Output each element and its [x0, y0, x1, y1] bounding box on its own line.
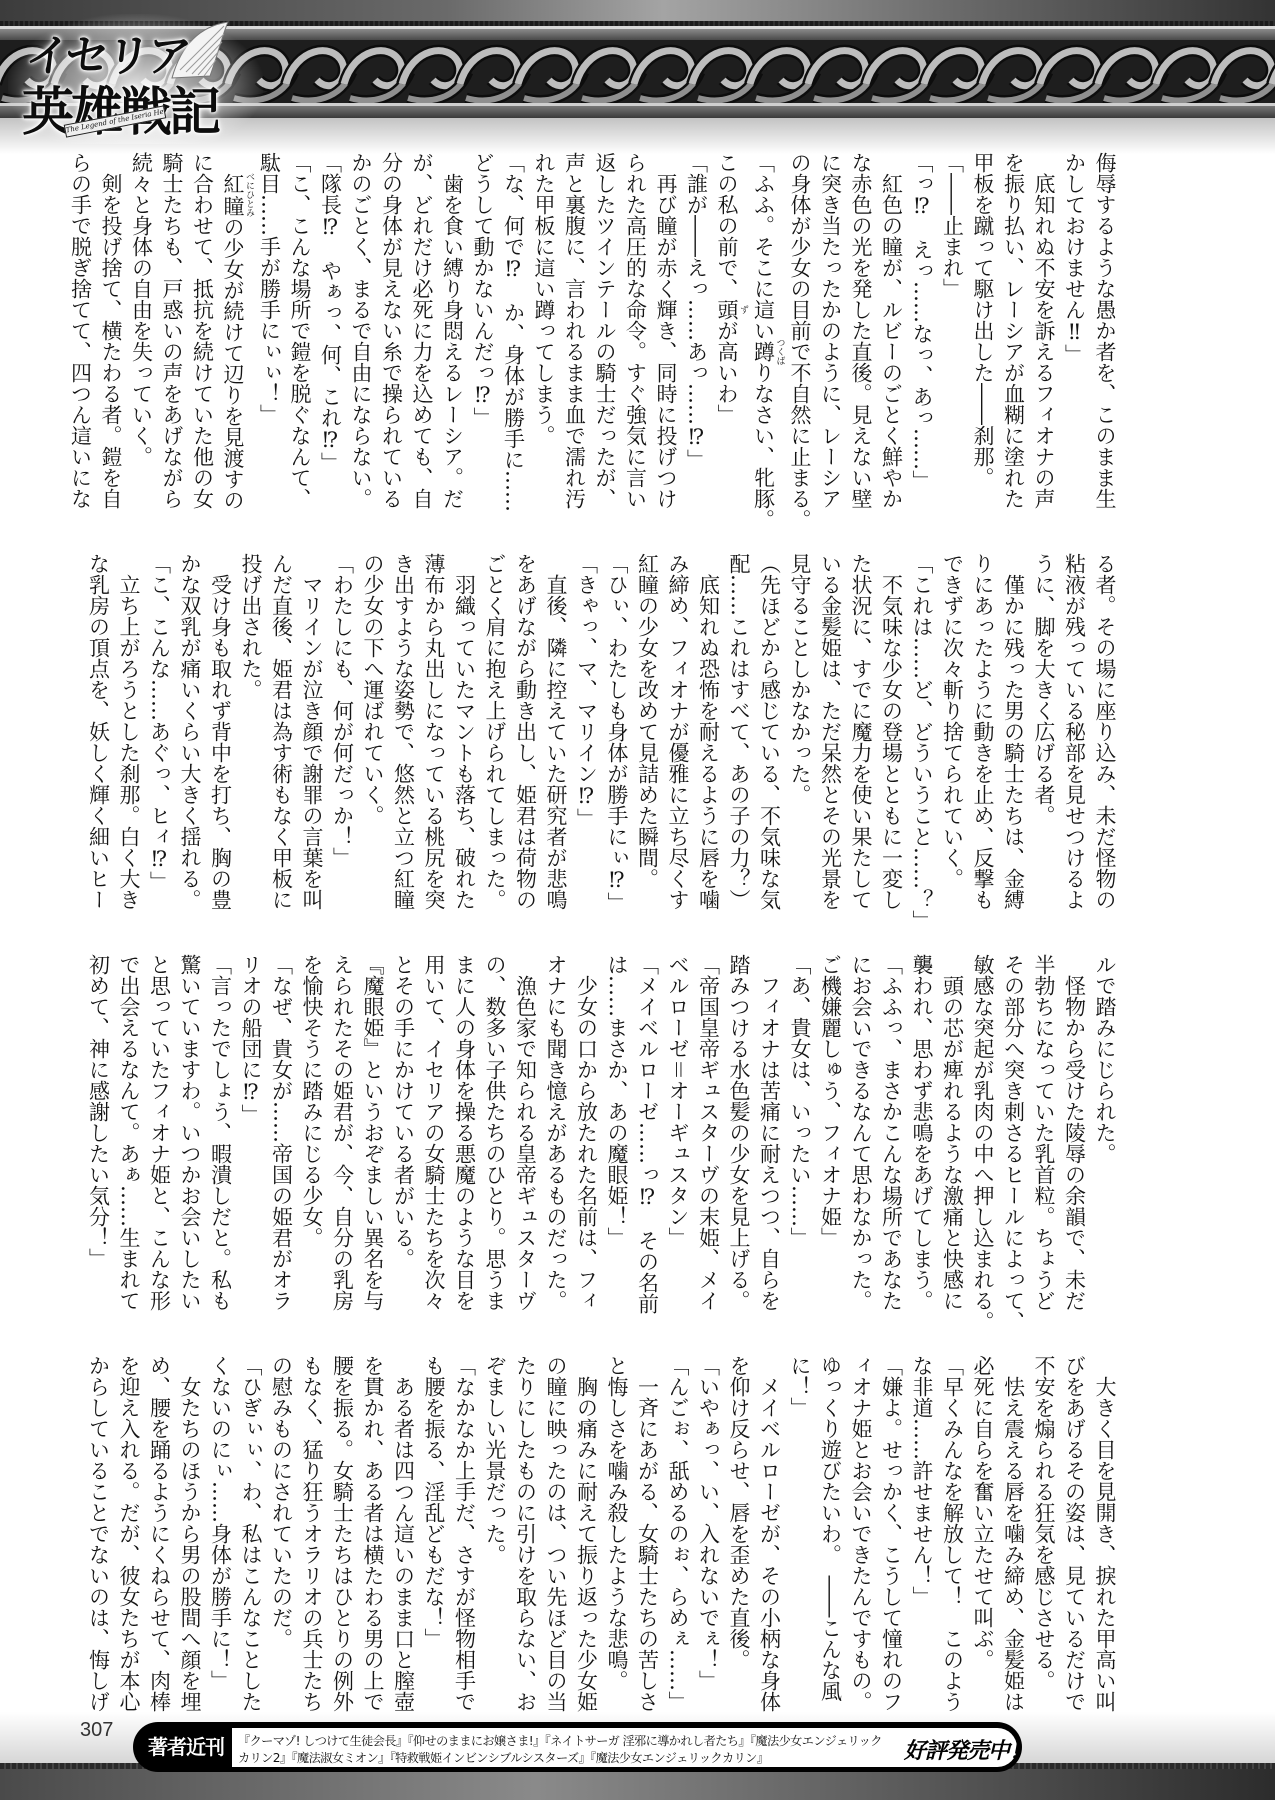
- text-tier-2: る者。その場に座り込み、未だ怪物の 粘液が残っている秘部を見せつけるよ うに、脚…: [80, 553, 1120, 913]
- text-column: メイベルローゼが、その小柄な身体: [754, 1355, 785, 1715]
- text-column: 紅瞳の少女を改めて見詰めた瞬間。: [632, 553, 663, 913]
- text-column: 「ひぎぃぃ、わ、私はこんなことした: [236, 1355, 267, 1715]
- text-column: 腰を振る。女騎士たちはひとりの例外: [327, 1355, 358, 1715]
- text-column: 歯を食い縛り身悶えるレーシア。だ: [437, 152, 468, 512]
- text-column: 初めて、神に感謝したい気分！」: [83, 954, 114, 1314]
- text-column: も腰を振る、淫乱どもだな！」: [419, 1355, 450, 1715]
- text-column: に合わせて、抵抗を続けていた他の女: [187, 152, 218, 512]
- text-column: 底知れぬ恐怖を耐えるように唇を噛: [693, 553, 724, 913]
- recent-works-box: 『クーマゾ! しつけて生徒会長』『仰せのままにお嬢さま!』『ネイトサーガ 淫邪に…: [232, 1728, 1017, 1767]
- column-text: この私の前で、: [715, 152, 739, 299]
- ruby-base: 紅瞳: [221, 172, 245, 217]
- text-column: 必死に自らを奮い立たせて叫ぶ。: [968, 1355, 999, 1715]
- text-tier-3: ルで踏みにじられた。 怪物から受けた陵辱の余韻で、未だ 半勃ちになっていた乳首粒…: [80, 954, 1120, 1314]
- text-column: 分の身体が見えない糸で操られている: [376, 152, 407, 512]
- ruby-reading: べにひとみ: [244, 172, 254, 217]
- text-column: 「っ⁉ えっ……なっ、あっ……」: [907, 152, 938, 512]
- text-column: ィオナ姫とお会いできたんですもの。: [846, 1355, 877, 1715]
- text-column: 少女の口から放たれた名前は、フィ: [571, 954, 602, 1314]
- text-column: に！」: [785, 1355, 816, 1715]
- text-column: な乳房の頂点を、妖しく輝く細いヒー: [83, 553, 114, 913]
- text-column: りにあったように動きを止め、反撃も: [968, 553, 999, 913]
- ruby-annotation: 蹲つくば: [752, 341, 776, 362]
- text-column: 大きく目を見開き、捩れた甲高い叫: [1090, 1355, 1121, 1715]
- page-number: 307: [80, 1719, 113, 1742]
- text-column: は……まさか、あの魔眼姫！」: [602, 954, 633, 1314]
- text-column: 「ふふっ、まさかこんな場所であなた: [876, 954, 907, 1314]
- text-column: （先ほどから感じている、不気味な気: [754, 553, 785, 913]
- ruby-base: 頭: [715, 299, 739, 320]
- text-column: 不安を煽られる狂気を感じさせる。: [1029, 1355, 1060, 1715]
- text-column: な非道……許せません！」: [907, 1355, 938, 1715]
- text-column: 「誰が――えっ……あっ……⁉」: [681, 152, 712, 512]
- text-column: かな双乳が痛いくらい大きく揺れる。: [175, 553, 206, 913]
- text-column: 底知れぬ不安を訴えるフィオナの声: [1029, 152, 1060, 512]
- text-column: の瞳に映ったのは、つい先ほど目の当: [541, 1355, 572, 1715]
- text-column: み締め、フィオナが優雅に立ち尽くす: [663, 553, 694, 913]
- text-column: 続々と身体の自由を失っていく。: [126, 152, 157, 512]
- text-column: 見守ることしかなかった。: [785, 553, 816, 913]
- text-column: 投げ出された。: [236, 553, 267, 913]
- text-column: マリインが泣き顔で謝罪の言葉を叫: [297, 553, 328, 913]
- text-column: かのごとく、まるで自由にならない。: [346, 152, 377, 512]
- text-column: 立ち上がろうとした刹那。白く大き: [114, 553, 145, 913]
- text-column: リオの船団に⁉」: [236, 954, 267, 1314]
- text-column: の少女の下へ運ばれていく。: [358, 553, 389, 913]
- column-text: りなさい、牝豚。: [752, 362, 776, 530]
- text-column: えられたその姫君が、今、自分の乳房: [327, 954, 358, 1314]
- text-column: 「んごぉ、舐めるのぉ、らめぇ……」: [663, 1355, 694, 1715]
- text-column: 女たちのほうから男の股間へ顔を埋: [175, 1355, 206, 1715]
- text-column: な赤色の光を発した直後。見えない壁: [846, 152, 877, 512]
- recent-works-list: 『クーマゾ! しつけて生徒会長』『仰せのままにお嬢さま!』『ネイトサーガ 淫邪に…: [238, 1733, 898, 1767]
- text-column: フィオナは苦痛に耐えつつ、自らを: [754, 954, 785, 1314]
- text-column: くないのにぃ……身体が勝手に！」: [205, 1355, 236, 1715]
- text-column: いる金髪姫は、ただ呆然とその光景を: [815, 553, 846, 913]
- text-column: 「ひぃ、わたしも身体が勝手にぃ⁉」: [602, 553, 633, 913]
- text-column: れた甲板に這い蹲ってしまう。: [529, 152, 560, 512]
- text-column: 再び瞳が赤く輝き、同時に投げつけ: [651, 152, 682, 512]
- text-column: 声と裏腹に、言われるまま血で濡れ汚: [559, 152, 590, 512]
- text-column: 僅かに残った男の騎士たちは、金縛: [998, 553, 1029, 913]
- ruby-reading: つくば: [775, 338, 785, 365]
- text-column: 敏感な突起が乳肉の中へ押し込まれる。: [968, 954, 999, 1314]
- text-column: に突き当たったかのように、レーシア: [815, 152, 846, 512]
- recent-works-line: 『クーマゾ! しつけて生徒会長』『仰せのままにお嬢さま!』『ネイトサーガ 淫邪に…: [238, 1733, 898, 1750]
- ruby-annotation: 紅瞳べにひとみ: [221, 173, 245, 217]
- text-column: たりにしたものに引けを取らない、お: [510, 1355, 541, 1715]
- text-column: の慰みものにされていたのだ。: [266, 1355, 297, 1715]
- text-column: 「きゃっ、マ、マリイン⁉」: [571, 553, 602, 913]
- text-column: 駄目……手が勝手にぃぃ！」: [254, 152, 285, 512]
- text-column: もなく、猛り狂うオラリオの兵士たち: [297, 1355, 328, 1715]
- column-text: [221, 152, 245, 173]
- text-column: 「いやぁっ、い、入れないでぇ！」: [693, 1355, 724, 1715]
- text-column: 「わたしにも、何が何だっか！」: [327, 553, 358, 913]
- text-column: ベルローゼ＝オーギュスタン」: [663, 954, 694, 1314]
- text-column: と悔しさを噛み殺したような悲鳴。: [602, 1355, 633, 1715]
- text-column: 『魔眼姫』というおぞましい異名を与: [358, 954, 389, 1314]
- text-column: め、腰を踊るようにくねらせて、肉棒: [144, 1355, 175, 1715]
- text-column: 漁色家で知られる皇帝ギュスターヴ: [510, 954, 541, 1314]
- logo-title-line2: 英雄戦記: [22, 70, 218, 145]
- ruby-annotation: 頭ず: [715, 299, 739, 320]
- text-column: ぞましい光景だった。: [480, 1355, 511, 1715]
- text-column: かしておけません‼」: [1059, 152, 1090, 512]
- text-column: た状況に、すでに魔力を使い果たして: [846, 553, 877, 913]
- text-column: 驚いていますわ。いつかお会いしたい: [175, 954, 206, 1314]
- text-column: 不気味な少女の登場とともに一変し: [876, 553, 907, 913]
- text-column: 返したツインテールの騎士だったが、: [590, 152, 621, 512]
- text-column: を仰け反らせ、唇を歪めた直後。: [724, 1355, 755, 1715]
- text-column: 剣を投げ捨て、横たわる者。鎧を自: [96, 152, 127, 512]
- text-column: ゆっくり遊びたいわ。 ――こんな風: [815, 1355, 846, 1715]
- text-column: 「これは……ど、どういうこと……？」: [907, 553, 938, 913]
- text-column: 用いて、イセリアの女騎士たちを次々: [419, 954, 450, 1314]
- text-column: 直後、隣に控えていた研究者が悲鳴: [541, 553, 572, 913]
- text-column: この私の前で、頭ずが高いわ」: [712, 152, 749, 512]
- text-column: 怪物から受けた陵辱の余韻で、未だ: [1059, 954, 1090, 1314]
- text-column: が、どれだけ必死に力を込めても、自: [407, 152, 438, 512]
- text-column: うに、脚を大きく広げる者。: [1029, 553, 1060, 913]
- text-column: と思っていたフィオナ姫と、こんな形: [144, 954, 175, 1314]
- text-column: からしていることでないのは、悔しげ: [83, 1355, 114, 1715]
- text-column: を迎え入れる。だが、彼女たちが本心: [114, 1355, 145, 1715]
- text-column: る者。その場に座り込み、未だ怪物の: [1090, 553, 1121, 913]
- text-column: き出すような姿勢で、悠然と立つ紅瞳: [388, 553, 419, 913]
- on-sale-tagline: 好評発売中！: [904, 1734, 1030, 1765]
- text-column: 「あ、貴女は、いったい……」: [785, 954, 816, 1314]
- text-column: 「な、何で⁉ か、身体が勝手に……: [498, 152, 529, 512]
- text-column: 羽織っていたマントも落ち、破れた: [449, 553, 480, 913]
- text-column: 受け身も取れず背中を打ち、胸の豊: [205, 553, 236, 913]
- text-column: 薄布から丸出しになっている桃尻を突: [419, 553, 450, 913]
- text-column: 「嫌よ。せっかく、こうして憧れのフ: [876, 1355, 907, 1715]
- text-column: 頭の芯が痺れるような激痛と快感に: [937, 954, 968, 1314]
- text-column: 配……これはすべて、あの子の力？）: [724, 553, 755, 913]
- text-column: を貫かれ、ある者は横たわる男の上で: [358, 1355, 389, 1715]
- text-column: その部分へ突き刺さるヒールによって、: [998, 954, 1029, 1314]
- text-column: 一斉にあがる、女騎士たちの苦しさ: [632, 1355, 663, 1715]
- text-column: ある者は四つん這いのまま口と膣壺: [388, 1355, 419, 1715]
- text-column: オナにも聞き憶えがあるものだった。: [541, 954, 572, 1314]
- text-column: 襲われ、思わず悲鳴をあげてしまう。: [907, 954, 938, 1314]
- recent-works-line: カリン2』『魔法淑女ミオン』『特救戦姫インビンシブルシスターズ』『魔法少女エンジ…: [238, 1750, 898, 1767]
- text-column: 半勃ちになっていた乳首粒。ちょうど: [1029, 954, 1060, 1314]
- text-column: で出会えるなんて。あぁ……生まれて: [114, 954, 145, 1314]
- text-column: 騎士たちも、戸惑いの声をあげながら: [157, 152, 188, 512]
- text-column: まに人の身体を操る悪魔のような目を: [449, 954, 480, 1314]
- text-column: を愉快そうに踏みにじる少女。: [297, 954, 328, 1314]
- text-column: とその手にかけている者がいる。: [388, 954, 419, 1314]
- text-column: ごとく肩に抱え上げられてしまった。: [480, 553, 511, 913]
- text-column: を振り払い、レーシアが血糊に塗れた: [998, 152, 1029, 512]
- text-column: 「こ、こんな……あぐっ、ヒィ⁉」: [144, 553, 175, 913]
- text-column: 「なぜ、貴女が……帝国の姫君がオラ: [266, 954, 297, 1314]
- text-tier-1: 侮辱するような愚か者を、このまま生 かしておけません‼」 底知れぬ不安を訴えるフ…: [80, 152, 1120, 512]
- text-column: 「――止まれ」: [937, 152, 968, 512]
- series-logo: イセリア 英雄戦記 The Legend of the Iseria Hero: [8, 14, 263, 144]
- text-column: どうして動かないんだっ⁉」: [468, 152, 499, 512]
- column-text: 「ふふ。そこに這い: [752, 152, 776, 341]
- text-column: ご機嫌麗しゅう、フィオナ姫」: [815, 954, 846, 1314]
- recent-works-banner: 著者近刊 『クーマゾ! しつけて生徒会長』『仰せのままにお嬢さま!』『ネイトサー…: [133, 1722, 1022, 1772]
- text-column: 「早くみんなを解放して！ このよう: [937, 1355, 968, 1715]
- text-column: 紅瞳べにひとみの少女が続けて辺りを見渡すの: [218, 152, 255, 512]
- text-column: の身体が少女の目前で不自然に止まる。: [785, 152, 816, 512]
- text-column: にお会いできるなんて思わなかった。: [846, 954, 877, 1314]
- text-column: 胸の痛みに耐えて振り返った少女姫: [571, 1355, 602, 1715]
- text-column: 「メイベルローゼ……っ⁉ その名前: [632, 954, 663, 1314]
- text-column: ルで踏みにじられた。: [1090, 954, 1121, 1314]
- text-column: 甲板を蹴って駆け出した――刹那。: [968, 152, 999, 512]
- ruby-base: 蹲: [752, 338, 776, 365]
- text-column: 紅色の瞳が、ルビーのごとく鮮やか: [876, 152, 907, 512]
- text-column: をあげながら動き出し、姫君は荷物の: [510, 553, 541, 913]
- text-column: 侮辱するような愚か者を、このまま生: [1090, 152, 1121, 512]
- text-column: 「帝国皇帝ギュスターヴの末姫、メイ: [693, 954, 724, 1314]
- text-column: 怯え震える唇を噛み締め、金髪姫は: [998, 1355, 1029, 1715]
- column-text: の少女が続けて辺りを見渡すの: [221, 217, 245, 511]
- column-text: が高いわ」: [715, 320, 739, 425]
- text-column: らの手で脱ぎ捨てて、四つん這いにな: [65, 152, 96, 512]
- recent-works-label: 著者近刊: [148, 1722, 224, 1772]
- text-column: 粘液が残っている秘部を見せつけるよ: [1059, 553, 1090, 913]
- text-column: 「ふふ。そこに這い蹲つくばりなさい、牝豚。: [748, 152, 785, 512]
- text-column: 「なかなか上手だ、さすが怪物相手で: [449, 1355, 480, 1715]
- text-column: られた高圧的な命令。すぐ強気に言い: [620, 152, 651, 512]
- footer-base-strip: [0, 1769, 1275, 1800]
- text-column: 「隊長⁉ やぁっ、何、これ⁉」: [315, 152, 346, 512]
- text-column: 「こ、こんな場所で鎧を脱ぐなんて、: [285, 152, 316, 512]
- text-column: できずに次々斬り捨てられていく。: [937, 553, 968, 913]
- text-column: の、数多い子供たちのひとり。思うま: [480, 954, 511, 1314]
- text-column: んだ直後、姫君は為す術もなく甲板に: [266, 553, 297, 913]
- ruby-reading: ず: [738, 299, 748, 320]
- text-column: びをあげるその姿は、見ているだけで: [1059, 1355, 1090, 1715]
- text-column: 「言ったでしょう、暇潰しだと。私も: [205, 954, 236, 1314]
- text-column: 踏みつける水色髪の少女を見上げる。: [724, 954, 755, 1314]
- text-tier-4: 大きく目を見開き、捩れた甲高い叫 びをあげるその姿は、見ているだけで 不安を煽ら…: [80, 1355, 1120, 1715]
